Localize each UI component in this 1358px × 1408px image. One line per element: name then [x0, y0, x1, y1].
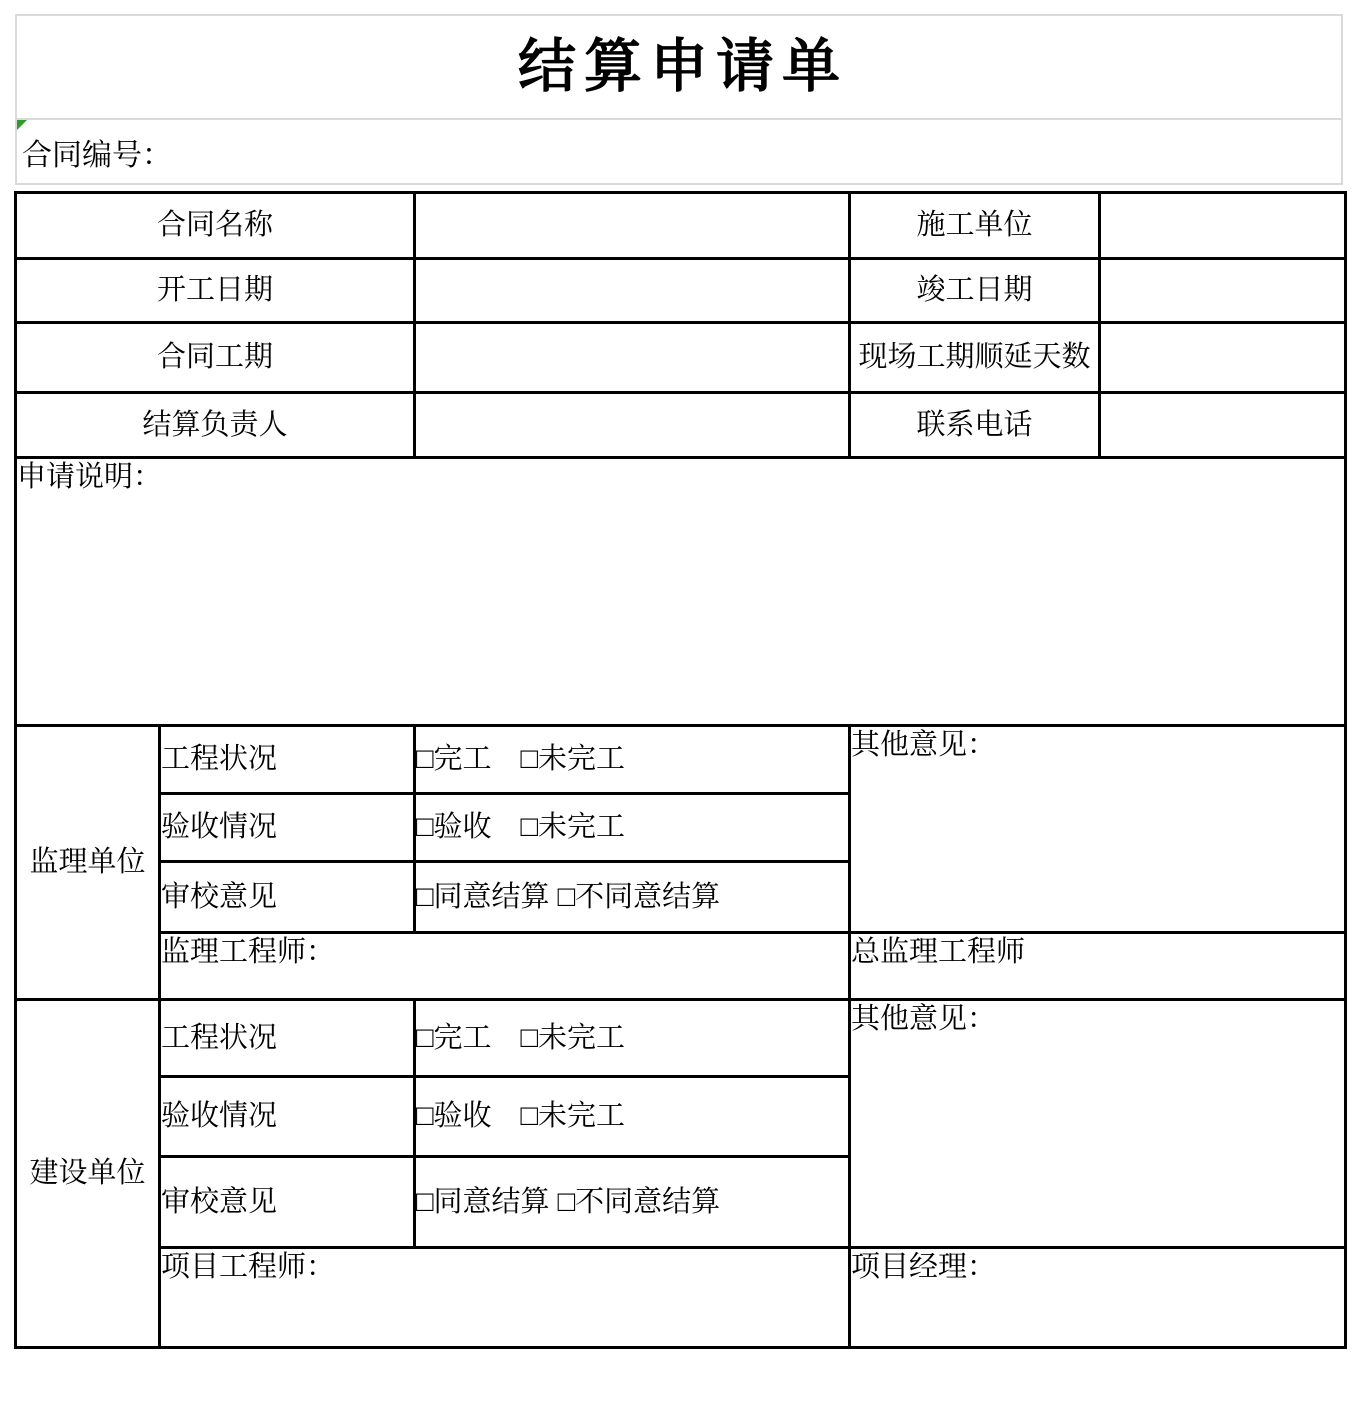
settlement-application-form: 结算申请单 合同编号： 合同名称 施工单位 开工日期 竣工日期: [0, 0, 1358, 1408]
status-label-cell: 审校意见: [160, 862, 415, 933]
application-note-cell[interactable]: 申请说明：: [16, 458, 1346, 726]
checkbox-options[interactable]: □完工 □未完工: [416, 743, 625, 775]
cell-flag-triangle-icon: [17, 120, 27, 130]
info-label-settlement-manager: 结算负责人: [16, 393, 415, 458]
project-manager-sign-cell[interactable]: 项目经理：: [850, 1248, 1346, 1348]
status-label-cell: 工程状况: [160, 726, 415, 794]
info-row: 结算负责人 联系电话: [16, 393, 1346, 458]
title-area: 结算申请单: [17, 16, 1341, 120]
info-value-extension-days[interactable]: [1100, 323, 1346, 393]
owner-unit-label: 建设单位: [16, 1000, 160, 1348]
info-label-completion-date: 竣工日期: [850, 259, 1100, 323]
info-row: 开工日期 竣工日期: [16, 259, 1346, 323]
status-options-cell[interactable]: □验收 □未完工: [415, 794, 850, 862]
info-row: 合同工期 现场工期顺延天数: [16, 323, 1346, 393]
other-opinion-label: 其他意见：: [851, 1003, 996, 1035]
page-title: 结算申请单: [510, 38, 848, 96]
contract-number-cell[interactable]: 合同编号：: [17, 120, 1341, 183]
info-value-start-date[interactable]: [415, 259, 850, 323]
owner-other-opinion-cell[interactable]: 其他意见：: [850, 1000, 1346, 1248]
signer-label: 监理工程师：: [161, 936, 335, 968]
status-options-cell[interactable]: □验收 □未完工: [415, 1077, 850, 1157]
supervision-engineer-sign-cell[interactable]: 监理工程师：: [160, 933, 850, 1000]
checkbox-options[interactable]: □完工 □未完工: [416, 1022, 625, 1054]
info-label-extension-days: 现场工期顺延天数: [850, 323, 1100, 393]
info-label-contract-name: 合同名称: [16, 193, 415, 259]
header-box: 结算申请单 合同编号：: [15, 14, 1343, 185]
info-label-phone: 联系电话: [850, 393, 1100, 458]
application-note-label: 申请说明：: [17, 461, 162, 493]
checkbox-options[interactable]: □验收 □未完工: [416, 1100, 625, 1132]
application-note-row: 申请说明：: [16, 458, 1346, 726]
supervision-status-row: 监理单位 工程状况 □完工 □未完工 其他意见：: [16, 726, 1346, 794]
info-value-settlement-manager[interactable]: [415, 393, 850, 458]
info-label-start-date: 开工日期: [16, 259, 415, 323]
info-label-contract-duration: 合同工期: [16, 323, 415, 393]
supervision-other-opinion-cell[interactable]: 其他意见：: [850, 726, 1346, 933]
info-value-construction-unit[interactable]: [1100, 193, 1346, 259]
status-label-cell: 工程状况: [160, 1000, 415, 1077]
signer-label: 项目经理：: [851, 1251, 996, 1283]
status-options-cell[interactable]: □同意结算 □不同意结算: [415, 1157, 850, 1248]
info-row: 合同名称 施工单位: [16, 193, 1346, 259]
status-options-cell[interactable]: □同意结算 □不同意结算: [415, 862, 850, 933]
info-value-completion-date[interactable]: [1100, 259, 1346, 323]
info-value-contract-name[interactable]: [415, 193, 850, 259]
chief-supervision-engineer-sign-cell[interactable]: 总监理工程师: [850, 933, 1346, 1000]
checkbox-options[interactable]: □同意结算 □不同意结算: [416, 1186, 720, 1218]
checkbox-options[interactable]: □同意结算 □不同意结算: [416, 881, 720, 913]
status-label-cell: 审校意见: [160, 1157, 415, 1248]
checkbox-options[interactable]: □验收 □未完工: [416, 811, 625, 843]
info-value-contract-duration[interactable]: [415, 323, 850, 393]
supervision-signature-row: 监理工程师： 总监理工程师: [16, 933, 1346, 1000]
contract-number-label: 合同编号：: [22, 130, 172, 174]
signer-label: 项目工程师：: [161, 1251, 335, 1283]
other-opinion-label: 其他意见：: [851, 729, 996, 761]
info-label-construction-unit: 施工单位: [850, 193, 1100, 259]
status-options-cell[interactable]: □完工 □未完工: [415, 1000, 850, 1077]
form-table: 合同名称 施工单位 开工日期 竣工日期 合同工期 现场工期顺延天数 结算负责人 …: [14, 191, 1347, 1349]
supervision-unit-label: 监理单位: [16, 726, 160, 1000]
project-engineer-sign-cell[interactable]: 项目工程师：: [160, 1248, 850, 1348]
status-options-cell[interactable]: □完工 □未完工: [415, 726, 850, 794]
owner-signature-row: 项目工程师： 项目经理：: [16, 1248, 1346, 1348]
status-label-cell: 验收情况: [160, 794, 415, 862]
status-label-cell: 验收情况: [160, 1077, 415, 1157]
signer-label: 总监理工程师: [851, 936, 1025, 968]
info-value-phone[interactable]: [1100, 393, 1346, 458]
owner-status-row: 建设单位 工程状况 □完工 □未完工 其他意见：: [16, 1000, 1346, 1077]
